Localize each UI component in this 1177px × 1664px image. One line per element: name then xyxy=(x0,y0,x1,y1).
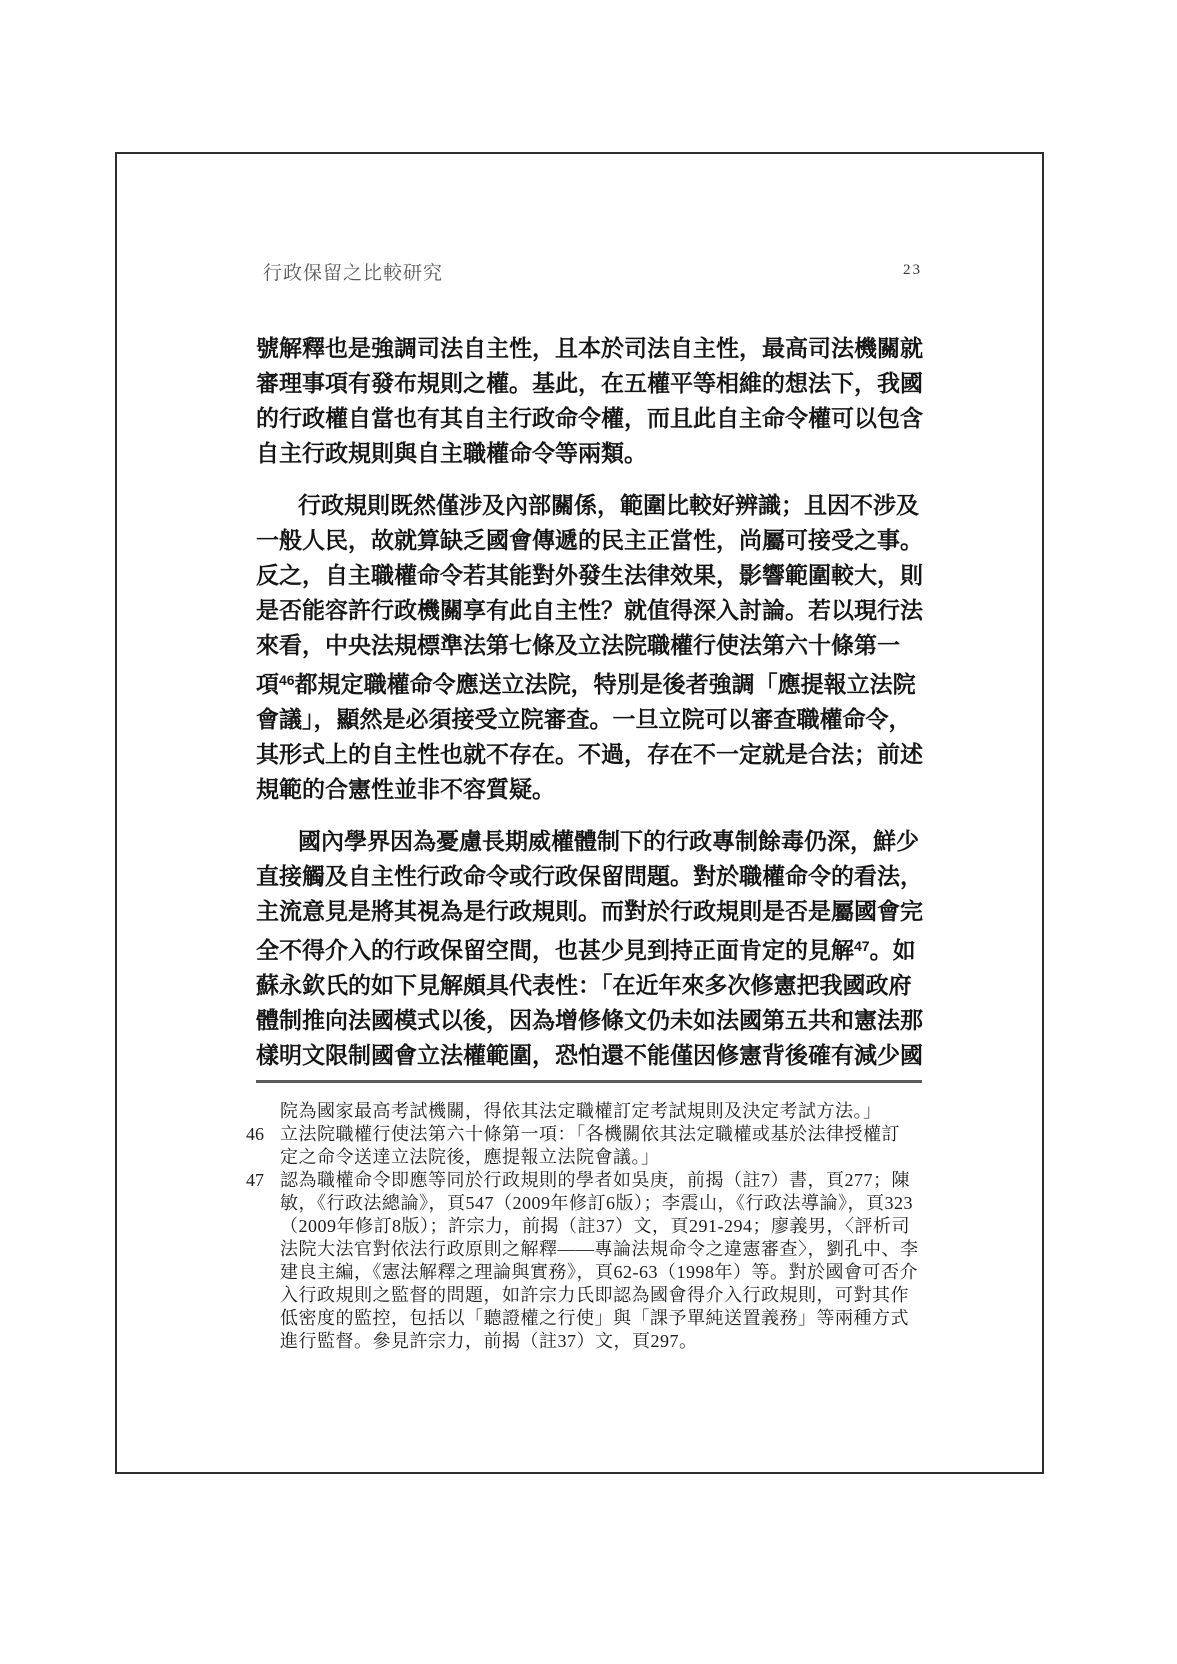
text-line: 反之，自主職權命令若其能對外發生法律效果，影響範圍較大，則 xyxy=(256,558,924,593)
text-segment: 都規定職權命令應送立法院，特別是後者強調「應提報立法院 xyxy=(295,671,916,697)
page-number: 23 xyxy=(903,262,922,279)
paragraph-1: 號解釋也是強調司法自主性，且本於司法自主性，最高司法機關就 審理事項有發布規則之… xyxy=(256,331,924,471)
text-line: 會議」，顯然是必須接受立院審查。一旦立院可以審查職權命令， xyxy=(256,702,924,737)
text-segment: 。如 xyxy=(870,937,916,963)
footnote-47: 47認為職權命令即應等同於行政規則的學者如吳庚，前揭（註7）書，頁277；陳 xyxy=(246,1169,946,1192)
text-segment: 項 xyxy=(256,671,279,697)
text-line: 其形式上的自主性也就不存在。不過，存在不一定就是合法；前述 xyxy=(256,737,924,772)
text-line: 的行政權自當也有其自主行政命令權，而且此自主命令權可以包含 xyxy=(256,401,924,436)
footnote-46-number: 46 xyxy=(246,1123,280,1146)
footnote-47-line: 低密度的監控，包括以「聽證權之行使」與「課予單純送置義務」等兩種方式 xyxy=(280,1307,946,1330)
text-line: 樣明文限制國會立法權範圍，恐怕還不能僅因修憲背後確有減少國 xyxy=(256,1038,924,1073)
footnote-47-line: （2009年修訂8版）；許宗力，前揭（註37）文，頁291-294；廖義男，〈評… xyxy=(280,1215,946,1238)
text-line: 審理事項有發布規則之權。基此，在五權平等相維的想法下，我國 xyxy=(256,366,924,401)
footnote-46-line: 定之命令送達立法院後，應提報立法院會議。」 xyxy=(280,1146,946,1169)
text-line: 體制推向法國模式以後，因為增修條文仍未如法國第五共和憲法那 xyxy=(256,1003,924,1038)
footnote-47-line: 建良主編，《憲法解釋之理論與實務》，頁62-63（1998年）等。對於國會可否介 xyxy=(280,1261,946,1284)
footnote-47-line: 敏，《行政法總論》，頁547（2009年修訂6版）；李震山，《行政法導論》，頁3… xyxy=(280,1192,946,1215)
footnote-47-number: 47 xyxy=(246,1169,280,1192)
scanned-document-page: 行政保留之比較研究 23 號解釋也是強調司法自主性，且本於司法自主性，最高司法機… xyxy=(0,0,1177,1664)
footnote-47-line: 入行政規則之監督的問題，如許宗力氏即認為國會得介入行政規則，可對其作 xyxy=(280,1284,946,1307)
footnote-46-text: 立法院職權行使法第六十條第一項：「各機關依其法定職權或基於法律授權訂 xyxy=(280,1124,900,1144)
text-line: 行政規則既然僅涉及內部關係，範圍比較好辨識；且因不涉及 xyxy=(256,488,924,523)
text-line: 項46都規定職權命令應送立法院，特別是後者強調「應提報立法院 xyxy=(256,663,924,702)
footnote-ref-47: 47 xyxy=(854,938,870,954)
text-line: 規範的合憲性並非不容質疑。 xyxy=(256,772,924,807)
text-line: 全不得介入的行政保留空間，也甚少見到持正面肯定的見解47。如 xyxy=(256,929,924,968)
text-line: 是否能容許行政機關享有此自主性？就值得深入討論。若以現行法 xyxy=(256,593,924,628)
text-line: 來看，中央法規標準法第七條及立法院職權行使法第六十條第一 xyxy=(256,628,924,663)
footnotes: 院為國家最高考試機關，得依其法定職權訂定考試規則及決定考試方法。」 46立法院職… xyxy=(246,1100,946,1353)
text-segment: 全不得介入的行政保留空間，也甚少見到持正面肯定的見解 xyxy=(256,937,854,963)
footnote-ref-46: 46 xyxy=(279,672,295,688)
footnote-47-line: 進行監督。參見許宗力，前揭（註37）文，頁297。 xyxy=(280,1330,946,1353)
footnote-separator xyxy=(256,1080,922,1083)
paragraph-2: 行政規則既然僅涉及內部關係，範圍比較好辨識；且因不涉及 一般人民，故就算缺乏國會… xyxy=(256,488,924,807)
text-line: 一般人民，故就算缺乏國會傳遞的民主正當性，尚屬可接受之事。 xyxy=(256,523,924,558)
text-line: 自主行政規則與自主職權命令等兩類。 xyxy=(256,436,924,471)
footnote-47-line: 法院大法官對依法行政原則之解釋——專論法規命令之違憲審查〉，劉孔中、李 xyxy=(280,1238,946,1261)
text-line: 主流意見是將其視為是行政規則。而對於行政規則是否是屬國會完 xyxy=(256,894,924,929)
text-line: 直接觸及自主性行政命令或行政保留問題。對於職權命令的看法， xyxy=(256,859,924,894)
footnote-47-text: 認為職權命令即應等同於行政規則的學者如吳庚，前揭（註7）書，頁277；陳 xyxy=(280,1170,910,1190)
footnote-continuation-line: 院為國家最高考試機關，得依其法定職權訂定考試規則及決定考試方法。」 xyxy=(280,1100,946,1123)
text-line: 國內學界因為憂慮長期威權體制下的行政專制餘毒仍深，鮮少 xyxy=(256,824,924,859)
paragraph-3: 國內學界因為憂慮長期威權體制下的行政專制餘毒仍深，鮮少 直接觸及自主性行政命令或… xyxy=(256,824,924,1073)
running-header-title: 行政保留之比較研究 xyxy=(263,258,443,285)
footnote-46: 46立法院職權行使法第六十條第一項：「各機關依其法定職權或基於法律授權訂 xyxy=(246,1123,946,1146)
body-text: 號解釋也是強調司法自主性，且本於司法自主性，最高司法機關就 審理事項有發布規則之… xyxy=(256,331,924,1073)
text-line: 號解釋也是強調司法自主性，且本於司法自主性，最高司法機關就 xyxy=(256,331,924,366)
text-line: 蘇永欽氏的如下見解頗具代表性：「在近年來多次修憲把我國政府 xyxy=(256,968,924,1003)
